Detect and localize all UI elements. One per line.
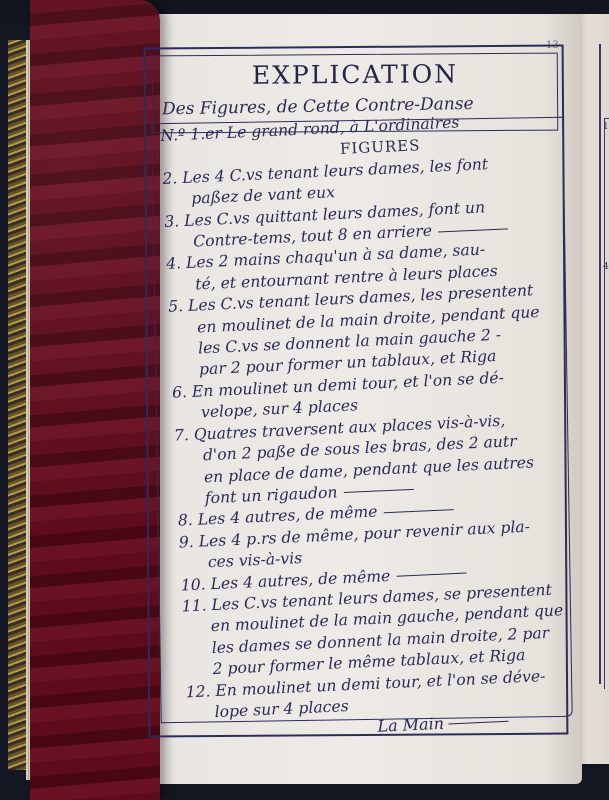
- page-title: EXPLICATION: [190, 59, 520, 90]
- end-rule: [438, 228, 508, 232]
- signature-text: La Main: [377, 714, 444, 736]
- facing-page-mark: 4: [603, 262, 609, 272]
- line-text: FIGURES: [340, 137, 421, 159]
- end-rule: [396, 573, 466, 577]
- book-photo: 1 4 13 EXPLICATION Des Figures, de Cette…: [0, 0, 609, 800]
- line-text: ces vis-à-vis: [207, 549, 302, 571]
- end-rule: [383, 509, 453, 513]
- line-text: lope sur 4 places: [214, 697, 349, 721]
- velvet-ribbon: [30, 0, 160, 800]
- facing-page-inner-frame: [604, 118, 609, 689]
- signature-flourish: [448, 721, 508, 725]
- figures-text: N.º 1.er Le grand rond, à L'ordinairesFI…: [160, 107, 596, 746]
- end-rule: [343, 489, 413, 493]
- gilt-spine-edge: [8, 40, 26, 770]
- facing-page-mark: 1: [603, 122, 609, 132]
